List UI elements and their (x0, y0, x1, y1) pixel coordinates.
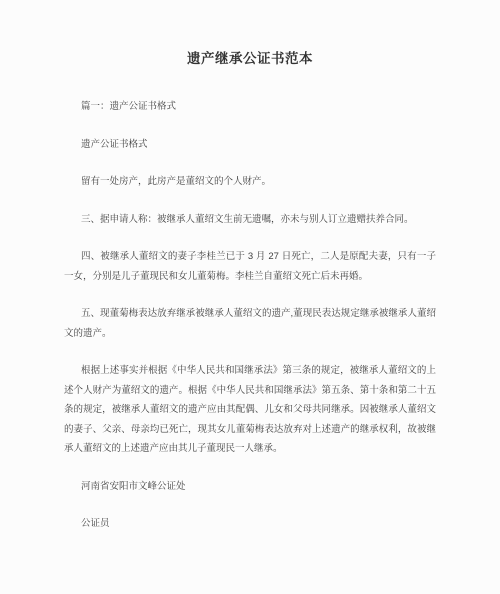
para-notary-officer: 公证员 (64, 514, 436, 534)
para-property-statement: 留有一处房产，此房产是董绍文的个人财产。 (64, 172, 436, 192)
para-legal-basis: 根据上述事实并根据《中华人民共和国继承法》第三条的规定，被继承人董绍文的上述个人… (64, 361, 436, 459)
para-notary-office: 河南省安阳市文峰公证处 (64, 477, 436, 497)
para-item-four: 四、被继承人董绍文的妻子李桂兰已于 3 月 27 日死亡，二人是原配夫妻，只有一… (64, 247, 436, 286)
page-title: 遗产继承公证书范本 (64, 49, 436, 69)
para-format-heading: 遗产公证书格式 (64, 135, 436, 155)
para-item-three: 三、据申请人称：被继承人董绍文生前无遗嘱，亦未与别人订立遗赠扶养合同。 (64, 210, 436, 230)
document-page: 遗产继承公证书范本 篇一：遗产公证书格式 遗产公证书格式 留有一处房产，此房产是… (0, 0, 500, 594)
para-item-five: 五、现董菊梅表达放弃继承被继承人董绍文的遗产,董现民表达规定继承被继承人董绍文的… (64, 304, 436, 343)
para-chapter-one-label: 篇一：遗产公证书格式 (64, 97, 436, 117)
